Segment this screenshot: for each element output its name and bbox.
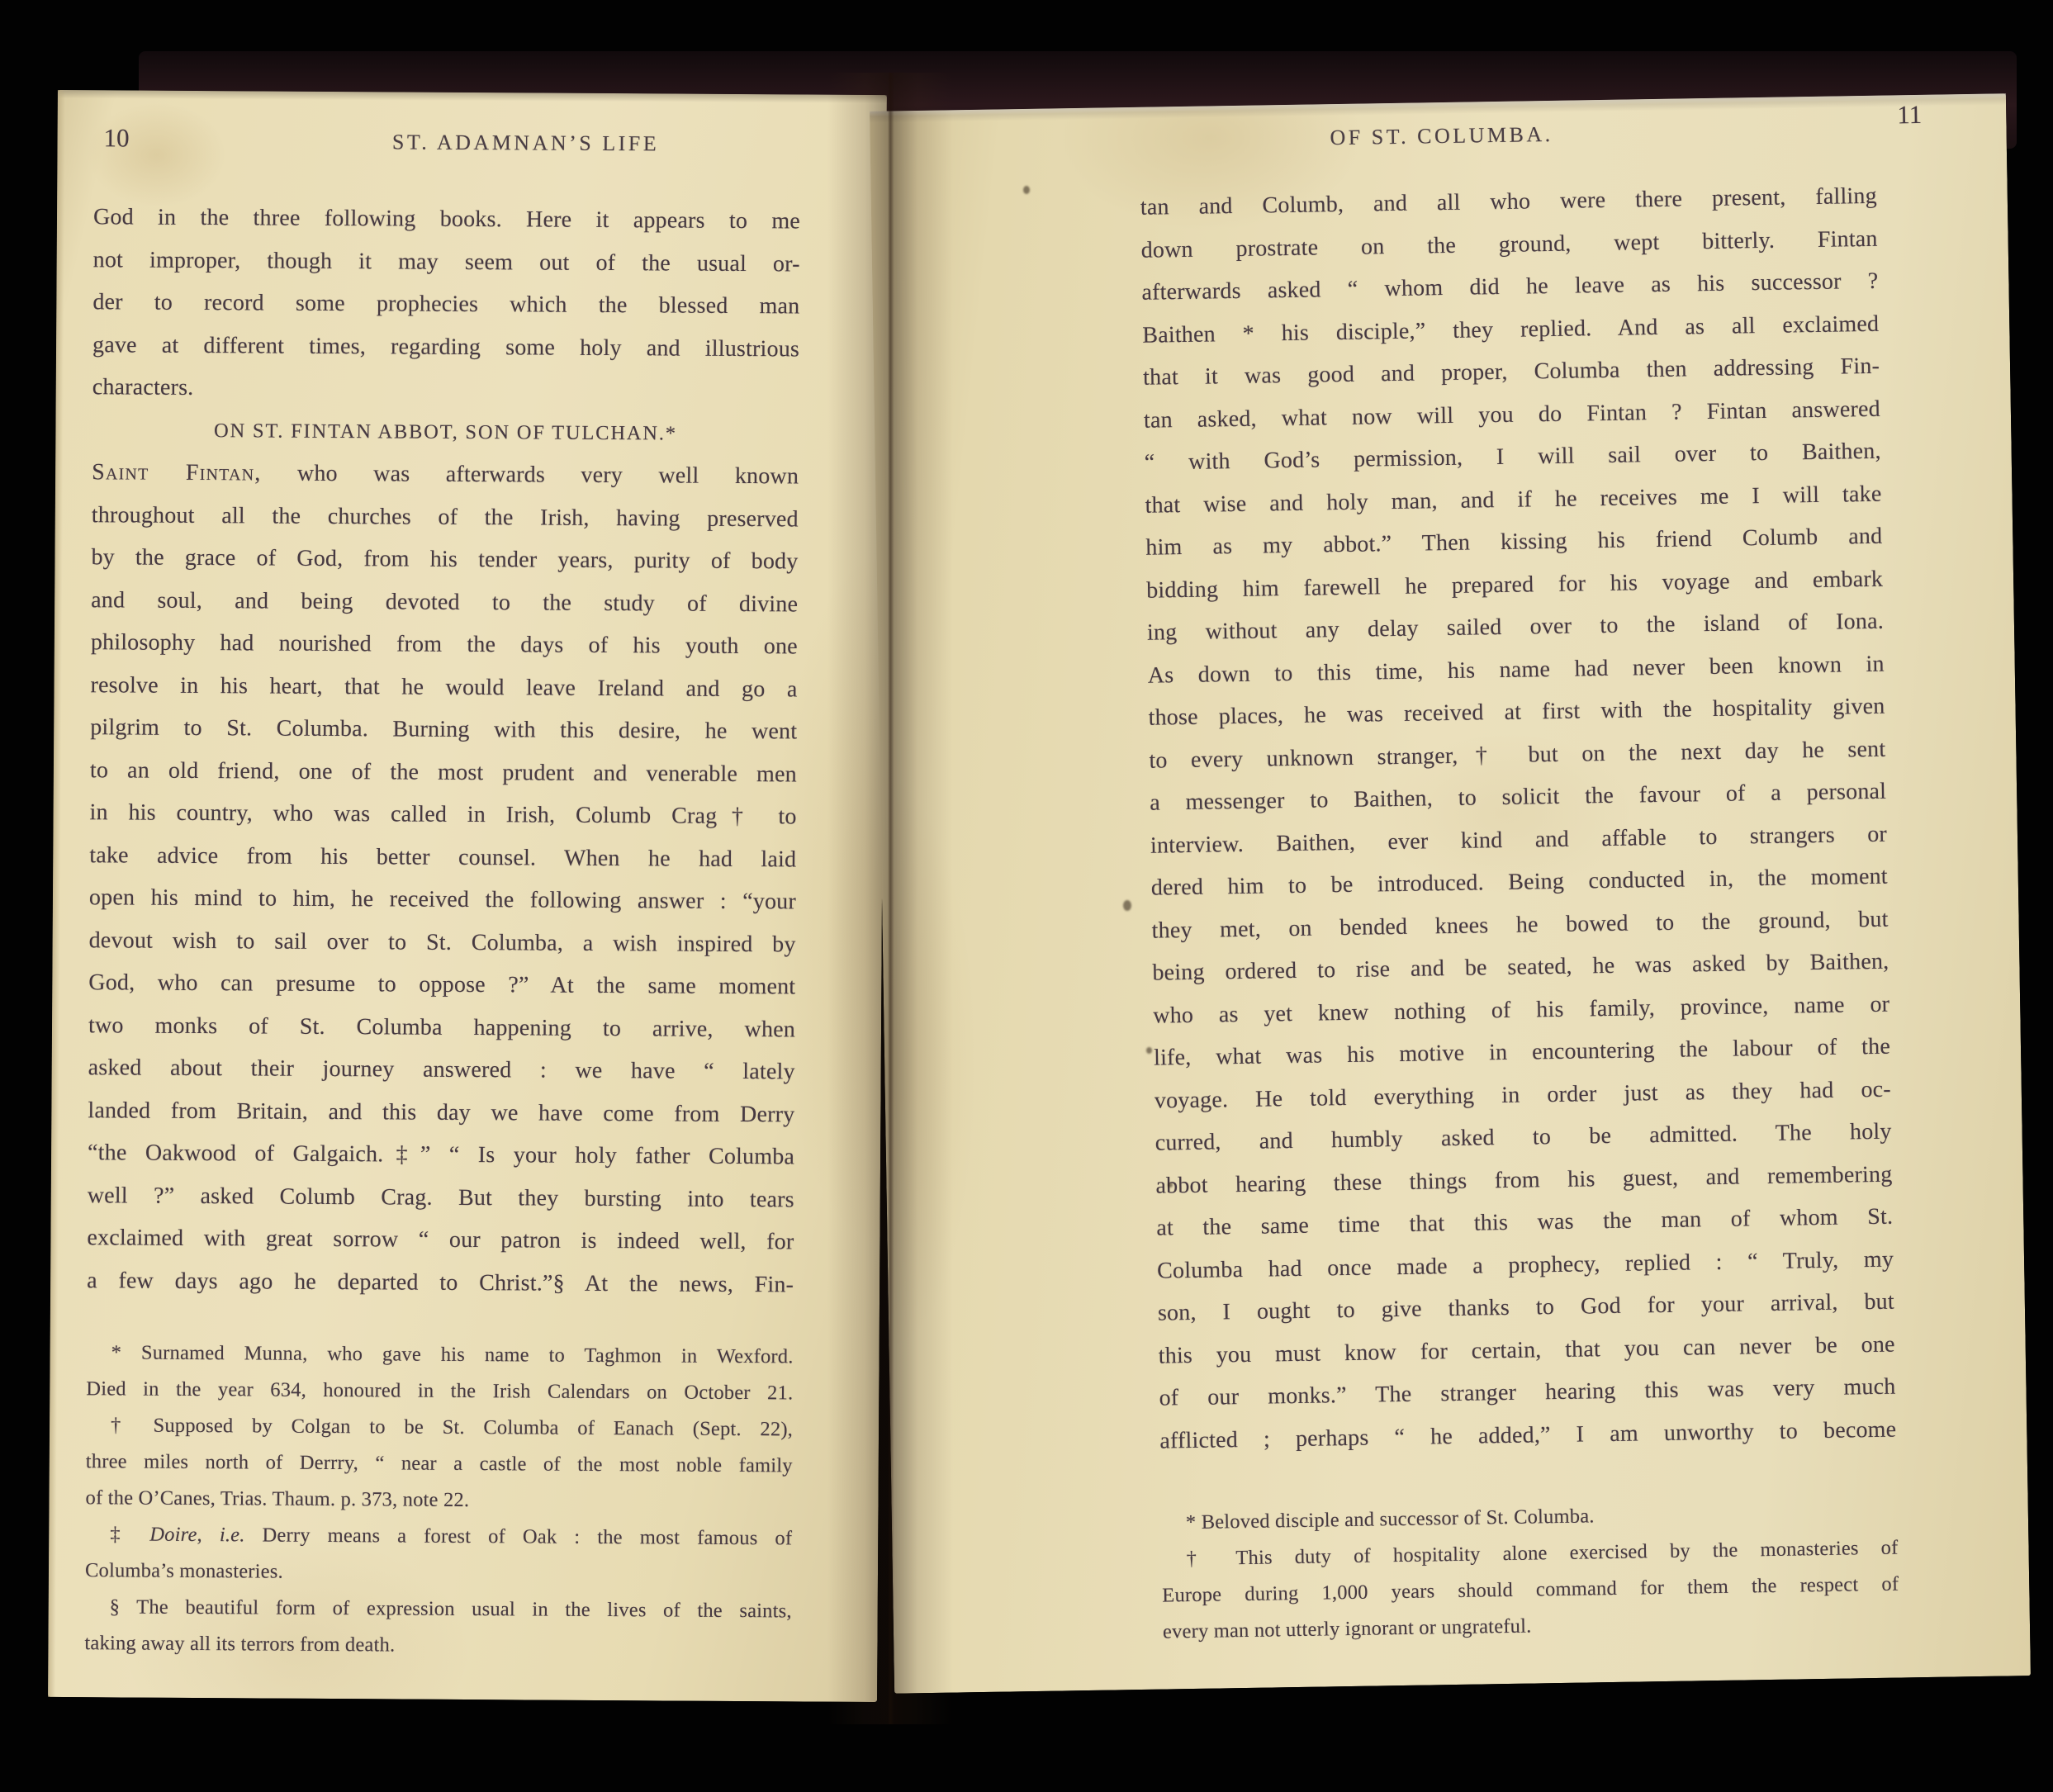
- page-number-right: 11: [1897, 100, 1922, 130]
- lead-rest: who was afterwards very well known: [297, 461, 799, 490]
- text-line: devout wish to sail over to St. Columba,…: [89, 919, 796, 966]
- right-body-lines: tan and Columb, and all who were there p…: [1140, 175, 1897, 1463]
- running-header-right: OF ST. COLUMBA.: [1139, 117, 1875, 154]
- text-line: exclaimed with great sorrow “ our patron…: [87, 1216, 794, 1263]
- text-line: not improper, though it may seem out of …: [93, 239, 800, 286]
- text-line: well ?” asked Columb Crag. But they burs…: [88, 1174, 794, 1221]
- text-line: characters.: [92, 366, 799, 413]
- text-line: to an old friend, one of the most pruden…: [90, 749, 797, 796]
- text-line: three miles north of Derrry, “ near a ca…: [86, 1444, 793, 1484]
- text-line: landed from Britain, and this day we hav…: [88, 1089, 794, 1136]
- text-line: asked about their journey answered : we …: [88, 1046, 795, 1093]
- right-page-header: OF ST. COLUMBA. 11: [1139, 117, 1875, 154]
- book-spread-photo: 10 ST. ADAMNAN’S LIFE God in the three f…: [0, 0, 2053, 1792]
- text-line: § The beautiful form of expression usual…: [85, 1589, 792, 1629]
- text-line: take advice from his better counsel. Whe…: [89, 834, 796, 881]
- text-line: by the grace of God, from his tender yea…: [91, 536, 798, 583]
- text-line: resolve in his heart, that he would leav…: [90, 664, 797, 711]
- left-body-lines: throughout all the churches of the Irish…: [87, 494, 799, 1306]
- text-line: “the Oakwood of Galgaich.‡” “ Is your ho…: [88, 1131, 794, 1178]
- left-footnotes: * Surnamed Munna, who gave his name to T…: [84, 1335, 793, 1666]
- right-footnotes: * Beloved disciple and successor of St. …: [1161, 1494, 1900, 1651]
- left-page: 10 ST. ADAMNAN’S LIFE God in the three f…: [48, 90, 887, 1702]
- text-line: † Supposed by Colgan to be St. Columba o…: [86, 1407, 793, 1448]
- right-text-column: tan and Columb, and all who were there p…: [1140, 175, 1900, 1651]
- text-line: gave at different times, regarding some …: [92, 324, 799, 371]
- text-line: throughout all the churches of the Irish…: [92, 494, 799, 541]
- text-line: of the O’Canes, Trias. Thaum. p. 373, no…: [85, 1480, 792, 1520]
- section-heading: ON ST. FINTAN ABBOT, SON OF TULCHAN.*: [92, 409, 799, 456]
- right-page: OF ST. COLUMBA. 11 tan and Columb, and a…: [870, 93, 2031, 1693]
- text-line: ‡ Doire, i.e. Derry means a forest of Oa…: [85, 1516, 792, 1557]
- left-intro-lines: God in the three following books. Here i…: [92, 196, 801, 413]
- text-line: philosophy had nourished from the days o…: [91, 621, 798, 668]
- text-line: * Surnamed Munna, who gave his name to T…: [86, 1335, 793, 1375]
- text-line: two monks of St. Columba happening to ar…: [88, 1004, 795, 1051]
- text-line: Died in the year 634, honoured in the Ir…: [86, 1371, 793, 1411]
- running-header-left: ST. ADAMNAN’S LIFE: [93, 128, 800, 157]
- text-line: pilgrim to St. Columba. Burning with thi…: [90, 706, 797, 753]
- text-line: open his mind to him, he received the fo…: [89, 876, 796, 923]
- left-text-column: God in the three following books. Here i…: [84, 196, 800, 1666]
- lead-smallcaps: Saint Fintan,: [92, 459, 262, 486]
- text-line: and soul, and being devoted to the study…: [91, 579, 798, 626]
- text-line: a few days ago he departed to Christ.”§ …: [87, 1259, 794, 1306]
- text-line: in his country, who was called in Irish,…: [89, 791, 796, 838]
- text-line: der to record some prophecies which the …: [92, 281, 799, 328]
- page-number-left: 10: [103, 123, 129, 153]
- left-page-header: 10 ST. ADAMNAN’S LIFE: [93, 128, 800, 157]
- text-line: God, who can presume to oppose ?” At the…: [88, 961, 795, 1008]
- text-line: taking away all its terrors from death.: [84, 1625, 791, 1666]
- left-lead-line: Saint Fintan, who was afterwards very we…: [92, 451, 799, 498]
- text-line: God in the three following books. Here i…: [93, 196, 800, 243]
- text-line: Columba’s monasteries.: [85, 1553, 792, 1593]
